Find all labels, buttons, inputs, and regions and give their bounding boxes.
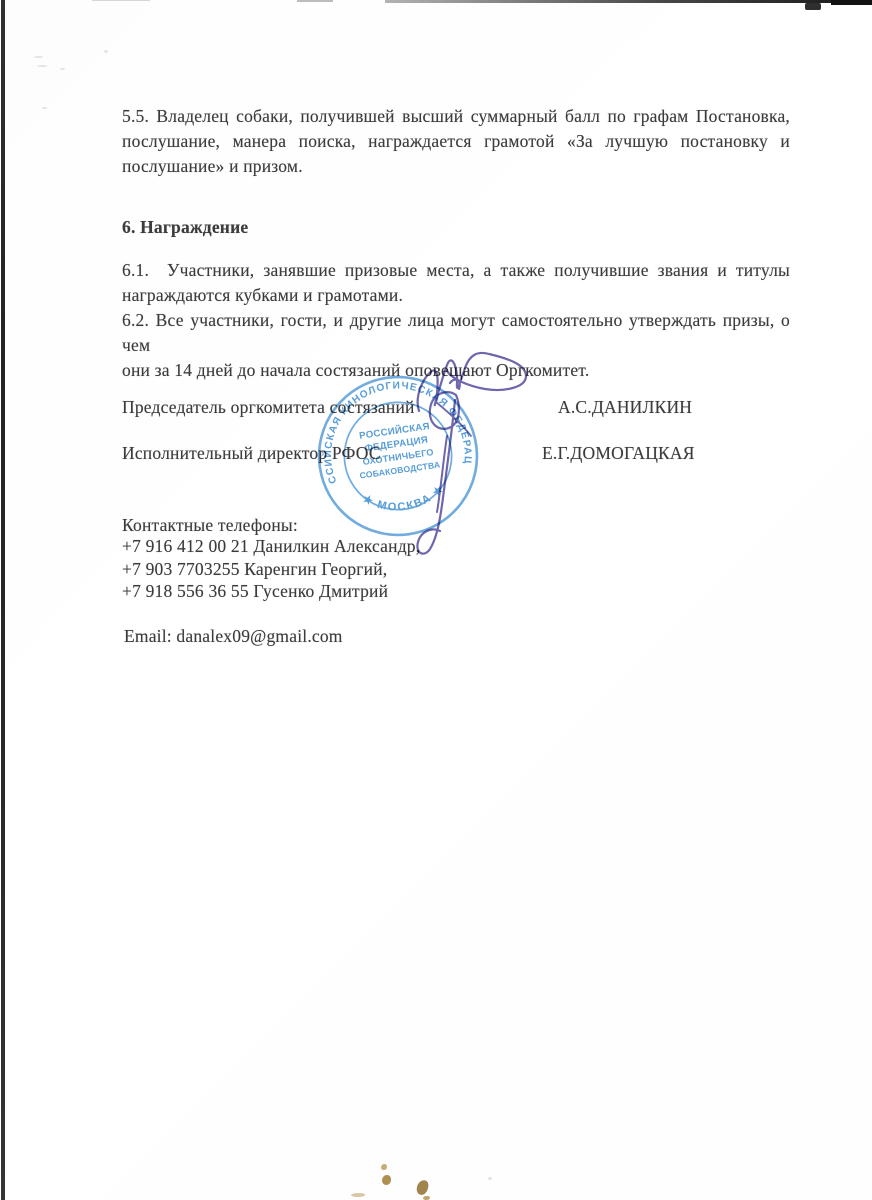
stain-speck (415, 1179, 430, 1196)
scan-smudge (42, 107, 47, 109)
signature-name-domogatskaya: Е.Г.ДОМОГАЦКАЯ (542, 441, 695, 466)
paragraph-line: 6.1. Участники, занявшие призовые места,… (122, 258, 790, 283)
paragraph-line: 5.5. Владелец собаки, получившей высший … (122, 104, 790, 129)
scan-smudge (104, 50, 108, 53)
scan-edge-left-strip (1, 0, 5, 1200)
signature-name-danilkin: А.С.ДАНИЛКИН (558, 395, 692, 420)
paragraph-line: 6.2. Все участники, гости, и другие лица… (122, 308, 790, 358)
scan-edge-segment (92, 0, 150, 1)
scanned-document-page: 5.5. Владелец собаки, получившей высший … (0, 0, 872, 1200)
stain-speck (381, 1164, 387, 1170)
scan-mark (805, 3, 821, 10)
paragraph-6-1: 6.1. Участники, занявшие призовые места,… (122, 258, 790, 308)
rfos-round-stamp-icon: РОССИЙСКАЯ КИНОЛОГИЧЕСКАЯ ФЕДЕРАЦИЯ ★ МО… (301, 359, 495, 553)
scan-smudge (488, 1177, 492, 1180)
phone-karengin: +7 903 7703255 Каренгин Георгий, (122, 558, 420, 581)
phone-gusenko: +7 918 556 36 55 Гусенко Дмитрий (122, 580, 420, 603)
paragraph-5-5: 5.5. Владелец собаки, получившей высший … (122, 104, 790, 179)
email-line: Email: danalex09@gmail.com (124, 624, 343, 649)
scan-smudge (37, 65, 47, 67)
scan-edge-top-corner (831, 0, 872, 5)
stain-speck (351, 1193, 365, 1197)
stain-speck (423, 1196, 430, 1200)
scan-smudge (60, 68, 65, 70)
scan-edge-top-line (385, 0, 872, 3)
stain-speck (382, 1175, 391, 1185)
paragraph-line: послушание, манера поиска, награждается … (122, 129, 790, 154)
paragraph-line: награждаются кубками и грамотами. (122, 283, 790, 308)
paragraph-line: послушание» и призом. (122, 154, 790, 179)
section-6-heading: 6. Награждение (122, 215, 790, 240)
scan-edge-segment (297, 0, 333, 2)
stamp-ring-bottom-text: ★ МОСКВА ★ (359, 481, 449, 519)
scan-smudge (34, 56, 43, 58)
